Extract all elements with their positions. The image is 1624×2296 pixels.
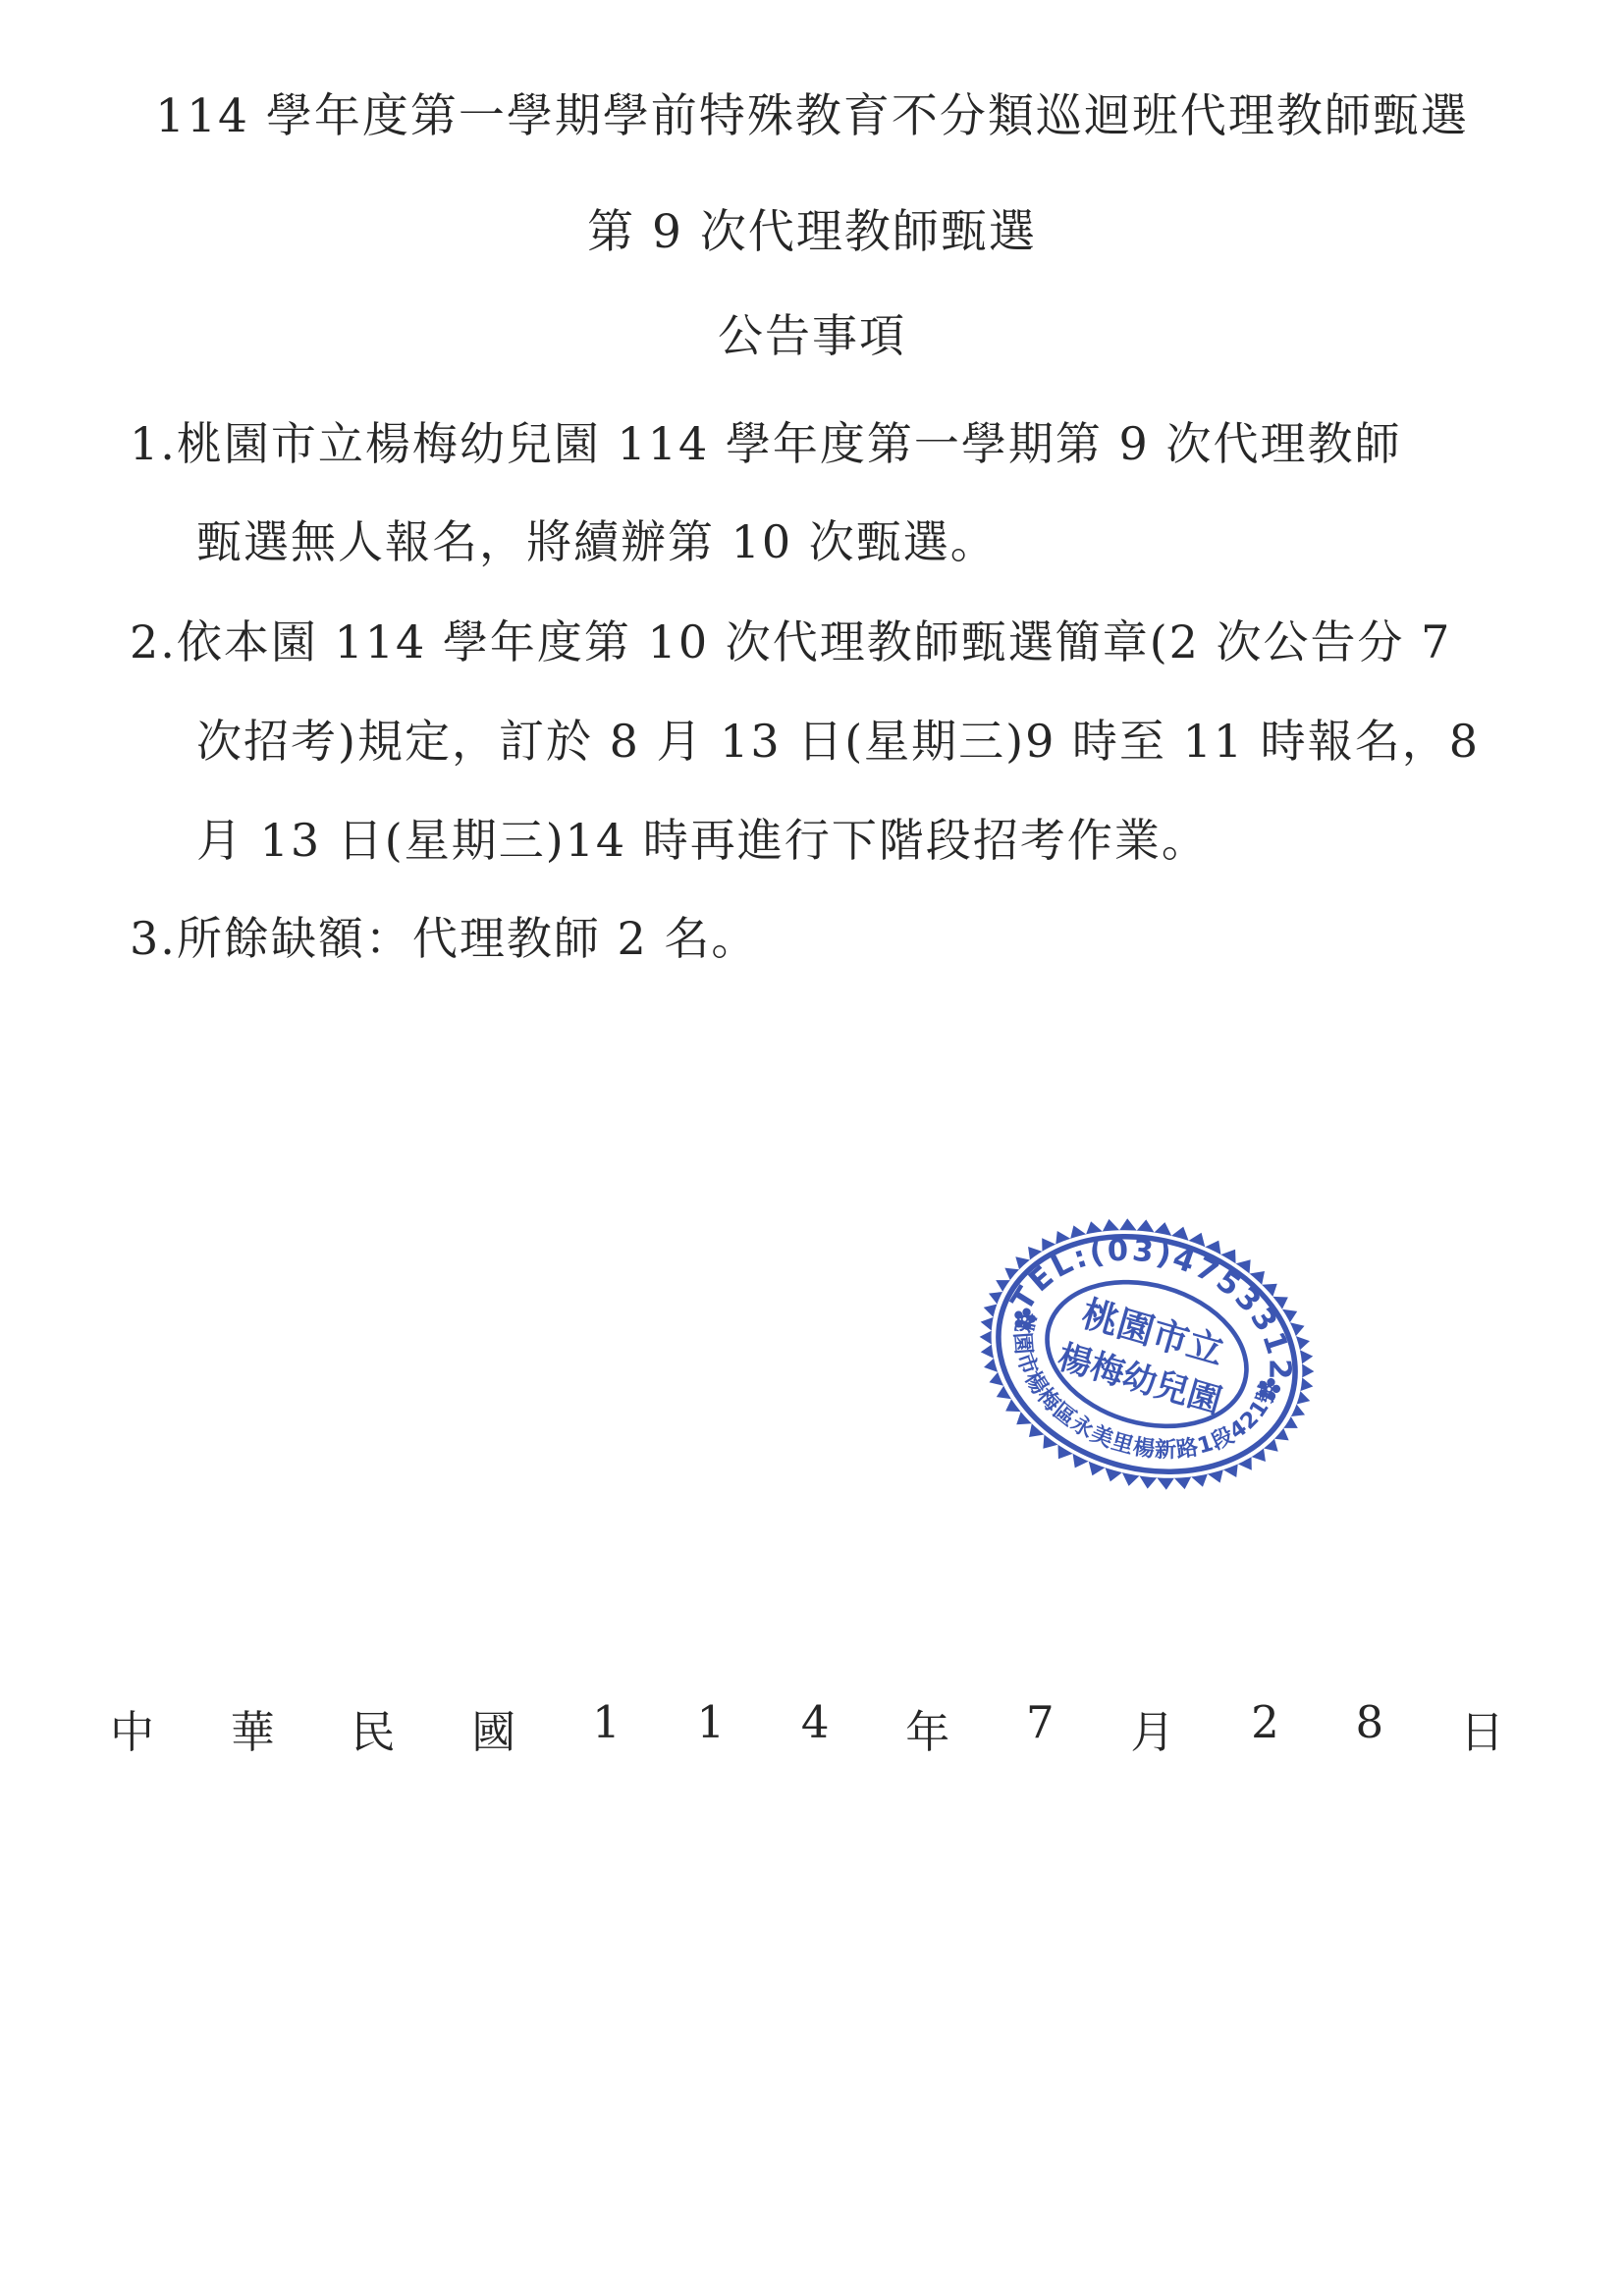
date-char: 7 — [1026, 1696, 1055, 1760]
list-item-1-line-1: 1.桃園市立楊梅幼兒園 114 學年度第一學期第 9 次代理教師 — [130, 416, 1401, 473]
date-char: 2 — [1251, 1696, 1279, 1760]
list-item-1-number: 1. — [130, 416, 177, 473]
list-item-2-text: 依本園 114 學年度第 10 次代理教師甄選簡章(2 次公告分 7 — [177, 615, 1452, 668]
date-char: 華 — [231, 1696, 275, 1760]
date-char: 月 — [1130, 1696, 1174, 1760]
list-item-1-line-2: 甄選無人報名，將續辦第 10 次甄選。 — [196, 514, 998, 571]
list-item-3-line-1: 3.所餘缺額：代理教師 2 名。 — [130, 911, 758, 968]
date-line: 中華民國114年7月28日 — [110, 1696, 1504, 1760]
date-char: 國 — [471, 1696, 515, 1760]
list-item-2-line-2: 次招考)規定，訂於 8 月 13 日(星期三)9 時至 11 時報名，8 — [196, 714, 1480, 771]
document-page: 114 學年度第一學期學前特殊教育不分類巡迴班代理教師甄選 第 9 次代理教師甄… — [0, 0, 1624, 2296]
date-char: 民 — [352, 1696, 396, 1760]
date-char: 1 — [696, 1696, 725, 1760]
list-item-3-number: 3. — [130, 911, 177, 968]
section-heading: 公告事項 — [0, 308, 1624, 365]
date-char: 年 — [905, 1696, 949, 1760]
date-char: 1 — [592, 1696, 621, 1760]
date-char: 中 — [110, 1696, 154, 1760]
date-char: 日 — [1460, 1696, 1504, 1760]
list-item-2-line-1: 2.依本園 114 學年度第 10 次代理教師甄選簡章(2 次公告分 7 — [130, 614, 1451, 671]
document-title-line2: 第 9 次代理教師甄選 — [0, 204, 1624, 262]
official-seal-stamp: TEL:(03)4753312 桃園市楊梅區永美里楊新路1段421號 桃園市立 … — [965, 1213, 1328, 1495]
date-char: 4 — [801, 1696, 830, 1760]
list-item-3-text: 所餘缺額：代理教師 2 名。 — [177, 912, 759, 965]
list-item-2-line-3: 月 13 日(星期三)14 時再進行下階段招考作業。 — [196, 813, 1209, 870]
list-item-2-number: 2. — [130, 614, 177, 671]
date-char: 8 — [1356, 1696, 1384, 1760]
list-item-1-text: 桃園市立楊梅幼兒園 114 學年度第一學期第 9 次代理教師 — [177, 417, 1402, 470]
document-title-line1: 114 學年度第一學期學前特殊教育不分類巡迴班代理教師甄選 — [0, 88, 1624, 146]
